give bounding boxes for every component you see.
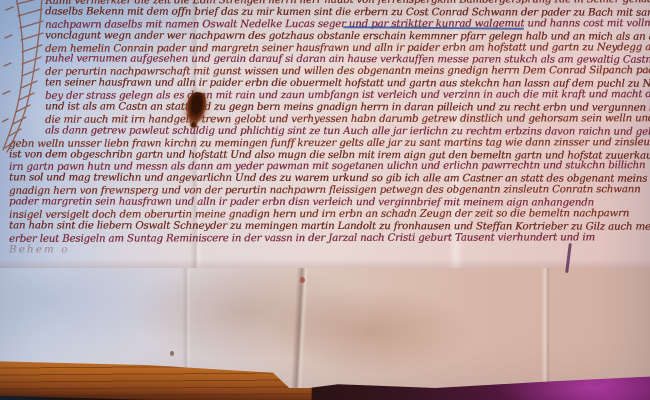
manuscript-text: Raml vermerkter die zeit die Edln Streng… (0, 0, 650, 257)
ink-speck (300, 277, 305, 283)
manuscript-line: vonclagunt wegn ander wer nachpawrn des … (0, 30, 650, 43)
ink-speck (170, 351, 174, 356)
fold-crease (541, 261, 550, 388)
manuscript-line: als dann getrew pawleut schuldig und phl… (0, 125, 650, 138)
manuscript-line: gebn welln unsser liebn frawn kirchn zu … (0, 137, 650, 151)
parchment-sheet: Raml vermerkter die zeit die Edln Streng… (0, 0, 650, 268)
manuscript-photo: Raml vermerkter die zeit die Edln Streng… (0, 0, 650, 400)
left-margin-flourish-icon (2, 0, 52, 158)
manuscript-line-faint: Behem o (0, 244, 650, 257)
manuscript-line: erber leut Besigeln am Suntag Reminiscer… (0, 232, 650, 246)
manuscript-line: nachpawrn daselbs mit namen Oswalt Nedel… (0, 18, 650, 32)
